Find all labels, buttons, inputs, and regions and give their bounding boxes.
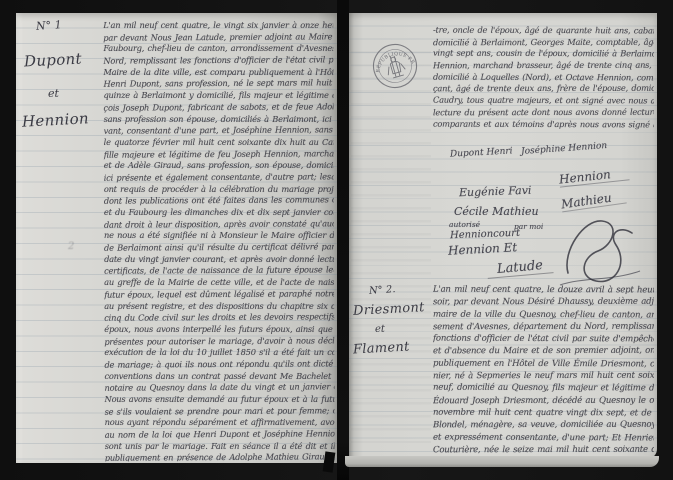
manuscript-line: notaire au Quesnoy dans la date du vingt…	[104, 382, 334, 395]
manuscript-line: Faubourg, chef-lieu de canton, arrondiss…	[103, 43, 333, 55]
act1-margin-conjunction: et	[48, 87, 59, 100]
ink-bleedthrough-texture	[351, 43, 431, 443]
scanned-register-spread: N° 1 Dupont et Hennion 2 L'an mil neuf c…	[0, 0, 673, 480]
manuscript-line: présentes pour autoriser le mariage, d'a…	[104, 335, 334, 348]
manuscript-line: et de Adèle Giraud, sans profession, son…	[104, 160, 334, 172]
signature-hennion: Hennion	[558, 165, 629, 187]
signature-eugenie: Eugénie Favi	[459, 184, 532, 200]
manuscript-line: au nom de la loi que Henri Dupont et Jos…	[105, 428, 335, 441]
act1-continuation-text: -tre, oncle de l'époux, âgé de quarante …	[433, 25, 654, 130]
signature-mathieu: Mathieu	[560, 189, 626, 213]
act2-margin-bride-name: Flament	[353, 340, 410, 358]
manuscript-line: çois Joseph Dupont, fabricant de sabots,…	[104, 101, 334, 114]
manuscript-line: nier, né à Sepmeries le neuf mars mil hu…	[433, 370, 654, 383]
manuscript-line: de mariage; à quoi ils nous ont répondu …	[104, 358, 334, 371]
margin-ink-smudge: 2	[68, 241, 74, 252]
act1-margin-number: N° 1	[36, 18, 62, 33]
manuscript-line: -tre, oncle de l'époux, âgé de quarante …	[433, 25, 654, 37]
manuscript-line: sans profession son épouse, domiciliés à…	[104, 114, 334, 126]
manuscript-line: Couturière, née le seize mai mil huit ce…	[433, 444, 654, 457]
signature-cecile-mathieu: Cécile Mathieu	[454, 205, 539, 218]
manuscript-line: Caudry, tous quatre majeurs, et ont sign…	[433, 95, 654, 107]
manuscript-line: publiquement en l'Hôtel de Ville Émile D…	[433, 357, 654, 370]
act1-manuscript-text: L'an mil neuf cent quatre, le vingt six …	[103, 20, 335, 462]
act1-margin-bride-name: Hennion	[22, 109, 90, 130]
signature-dupont-henri: Dupont Henri	[450, 146, 513, 159]
manuscript-line: fille majeure et légitime de feu Joseph …	[104, 148, 334, 161]
manuscript-line: quinze à Berlaimont y domicilié, fils ma…	[103, 90, 333, 102]
act2-margin-number: N° 2.	[369, 284, 396, 297]
manuscript-line: futur époux, lequel est dûment légalisé …	[104, 288, 334, 301]
act1-margin-groom-name: Dupont	[24, 49, 83, 70]
register-page-right: RÉPUBLIQUE FRANÇAISE -tre, oncle de l'ép…	[349, 13, 657, 459]
manuscript-line: çant, âgé de trente deux ans, frère de l…	[433, 83, 654, 95]
manuscript-line: exécution de la loi du 10 juillet 1850 s…	[104, 347, 334, 359]
manuscript-line: Hennion, marchand brasseur, âgé de trent…	[433, 60, 654, 72]
manuscript-line: lecture du présent acte dont nous avons …	[433, 107, 654, 119]
signature-hennioncourt: Hennioncourt	[450, 228, 520, 241]
signature-annotation-1: autorisé	[449, 220, 480, 229]
manuscript-line: ici présente et également consentante, d…	[104, 171, 334, 184]
manuscript-line: nous ayant répondu séparément et affirma…	[105, 417, 335, 429]
manuscript-line: ne nous a été signifiée ni à Monsieur le…	[104, 230, 334, 242]
manuscript-line: au présent registre, et des dispositions…	[104, 300, 334, 312]
spine-shadow-wedge	[323, 451, 336, 472]
manuscript-line: publiquement en présence de Adolphe Math…	[105, 452, 335, 462]
manuscript-line: Nous avons ensuite demandé au futur épou…	[105, 394, 335, 406]
manuscript-line: et d'absence du Maire et de son premier …	[433, 345, 654, 358]
manuscript-line: sement d'Avesnes, département du Nord, r…	[433, 321, 654, 334]
manuscript-line: vingt sept ans, cousin de l'époux, domic…	[433, 48, 654, 60]
manuscript-line: Nord, remplissant les fonctions d'offici…	[103, 54, 333, 67]
manuscript-line: et du Faubourg les dimanches dix et dix …	[104, 207, 334, 219]
manuscript-line: dont les publications ont été faites dan…	[104, 195, 334, 208]
manuscript-line: Édouard Joseph Driesmont, décédé au Ques…	[433, 394, 654, 407]
signature-latude: Latude	[486, 257, 553, 279]
manuscript-line: neuf, domicilié au Quesnoy, fils majeur …	[433, 382, 654, 395]
register-page-left: N° 1 Dupont et Hennion 2 L'an mil neuf c…	[16, 13, 337, 463]
manuscript-line: vant, consentant d'une part, et Joséphin…	[104, 124, 334, 137]
manuscript-line: certificats, de l'acte de naissance de l…	[104, 265, 334, 278]
manuscript-line: Henri Dupont, sans profession, né le sep…	[103, 78, 333, 91]
act2-manuscript-text: L'an mil neuf cent quatre, le douze avri…	[433, 284, 654, 456]
signature-josephine-hennion: Joséphine Hennion	[521, 141, 608, 157]
signature-hennion-et: Hennion Et	[448, 240, 518, 258]
manuscript-line: soir, par devant Nous Désiré Dhaussy, de…	[433, 296, 654, 309]
manuscript-line: époux, nous avons interpellé les futurs …	[104, 324, 334, 336]
manuscript-line: et expressément consentante, d'une part;…	[433, 431, 654, 444]
book-spine-gap	[337, 0, 349, 480]
manuscript-line: Blondel, ménagère, sa veuve, domiciliée …	[433, 419, 654, 432]
manuscript-line: L'an mil neuf cent quatre, le vingt six …	[103, 20, 333, 32]
manuscript-line: novembre mil huit cent quatre vingt dix …	[433, 407, 654, 420]
manuscript-line: comparants et aux témoins d'après nous a…	[433, 118, 654, 130]
manuscript-line: de Berlaimont ainsi qu'il résulte du cer…	[104, 241, 334, 254]
manuscript-line: cinq du Code civil sur les droits et les…	[104, 311, 334, 324]
underlying-page-edge	[345, 456, 659, 467]
manuscript-line: le quatorze février mil huit cent soixan…	[104, 137, 334, 149]
manuscript-line: L'an mil neuf cent quatre, le douze avri…	[433, 284, 654, 297]
act2-margin-conjunction: et	[375, 324, 385, 335]
officiant-paraph-flourish-icon	[554, 211, 646, 293]
manuscript-line: au greffe de la Mairie de cette ville, e…	[104, 277, 334, 289]
manuscript-line: maire de la ville du Quesnoy, chef-lieu …	[433, 308, 654, 321]
